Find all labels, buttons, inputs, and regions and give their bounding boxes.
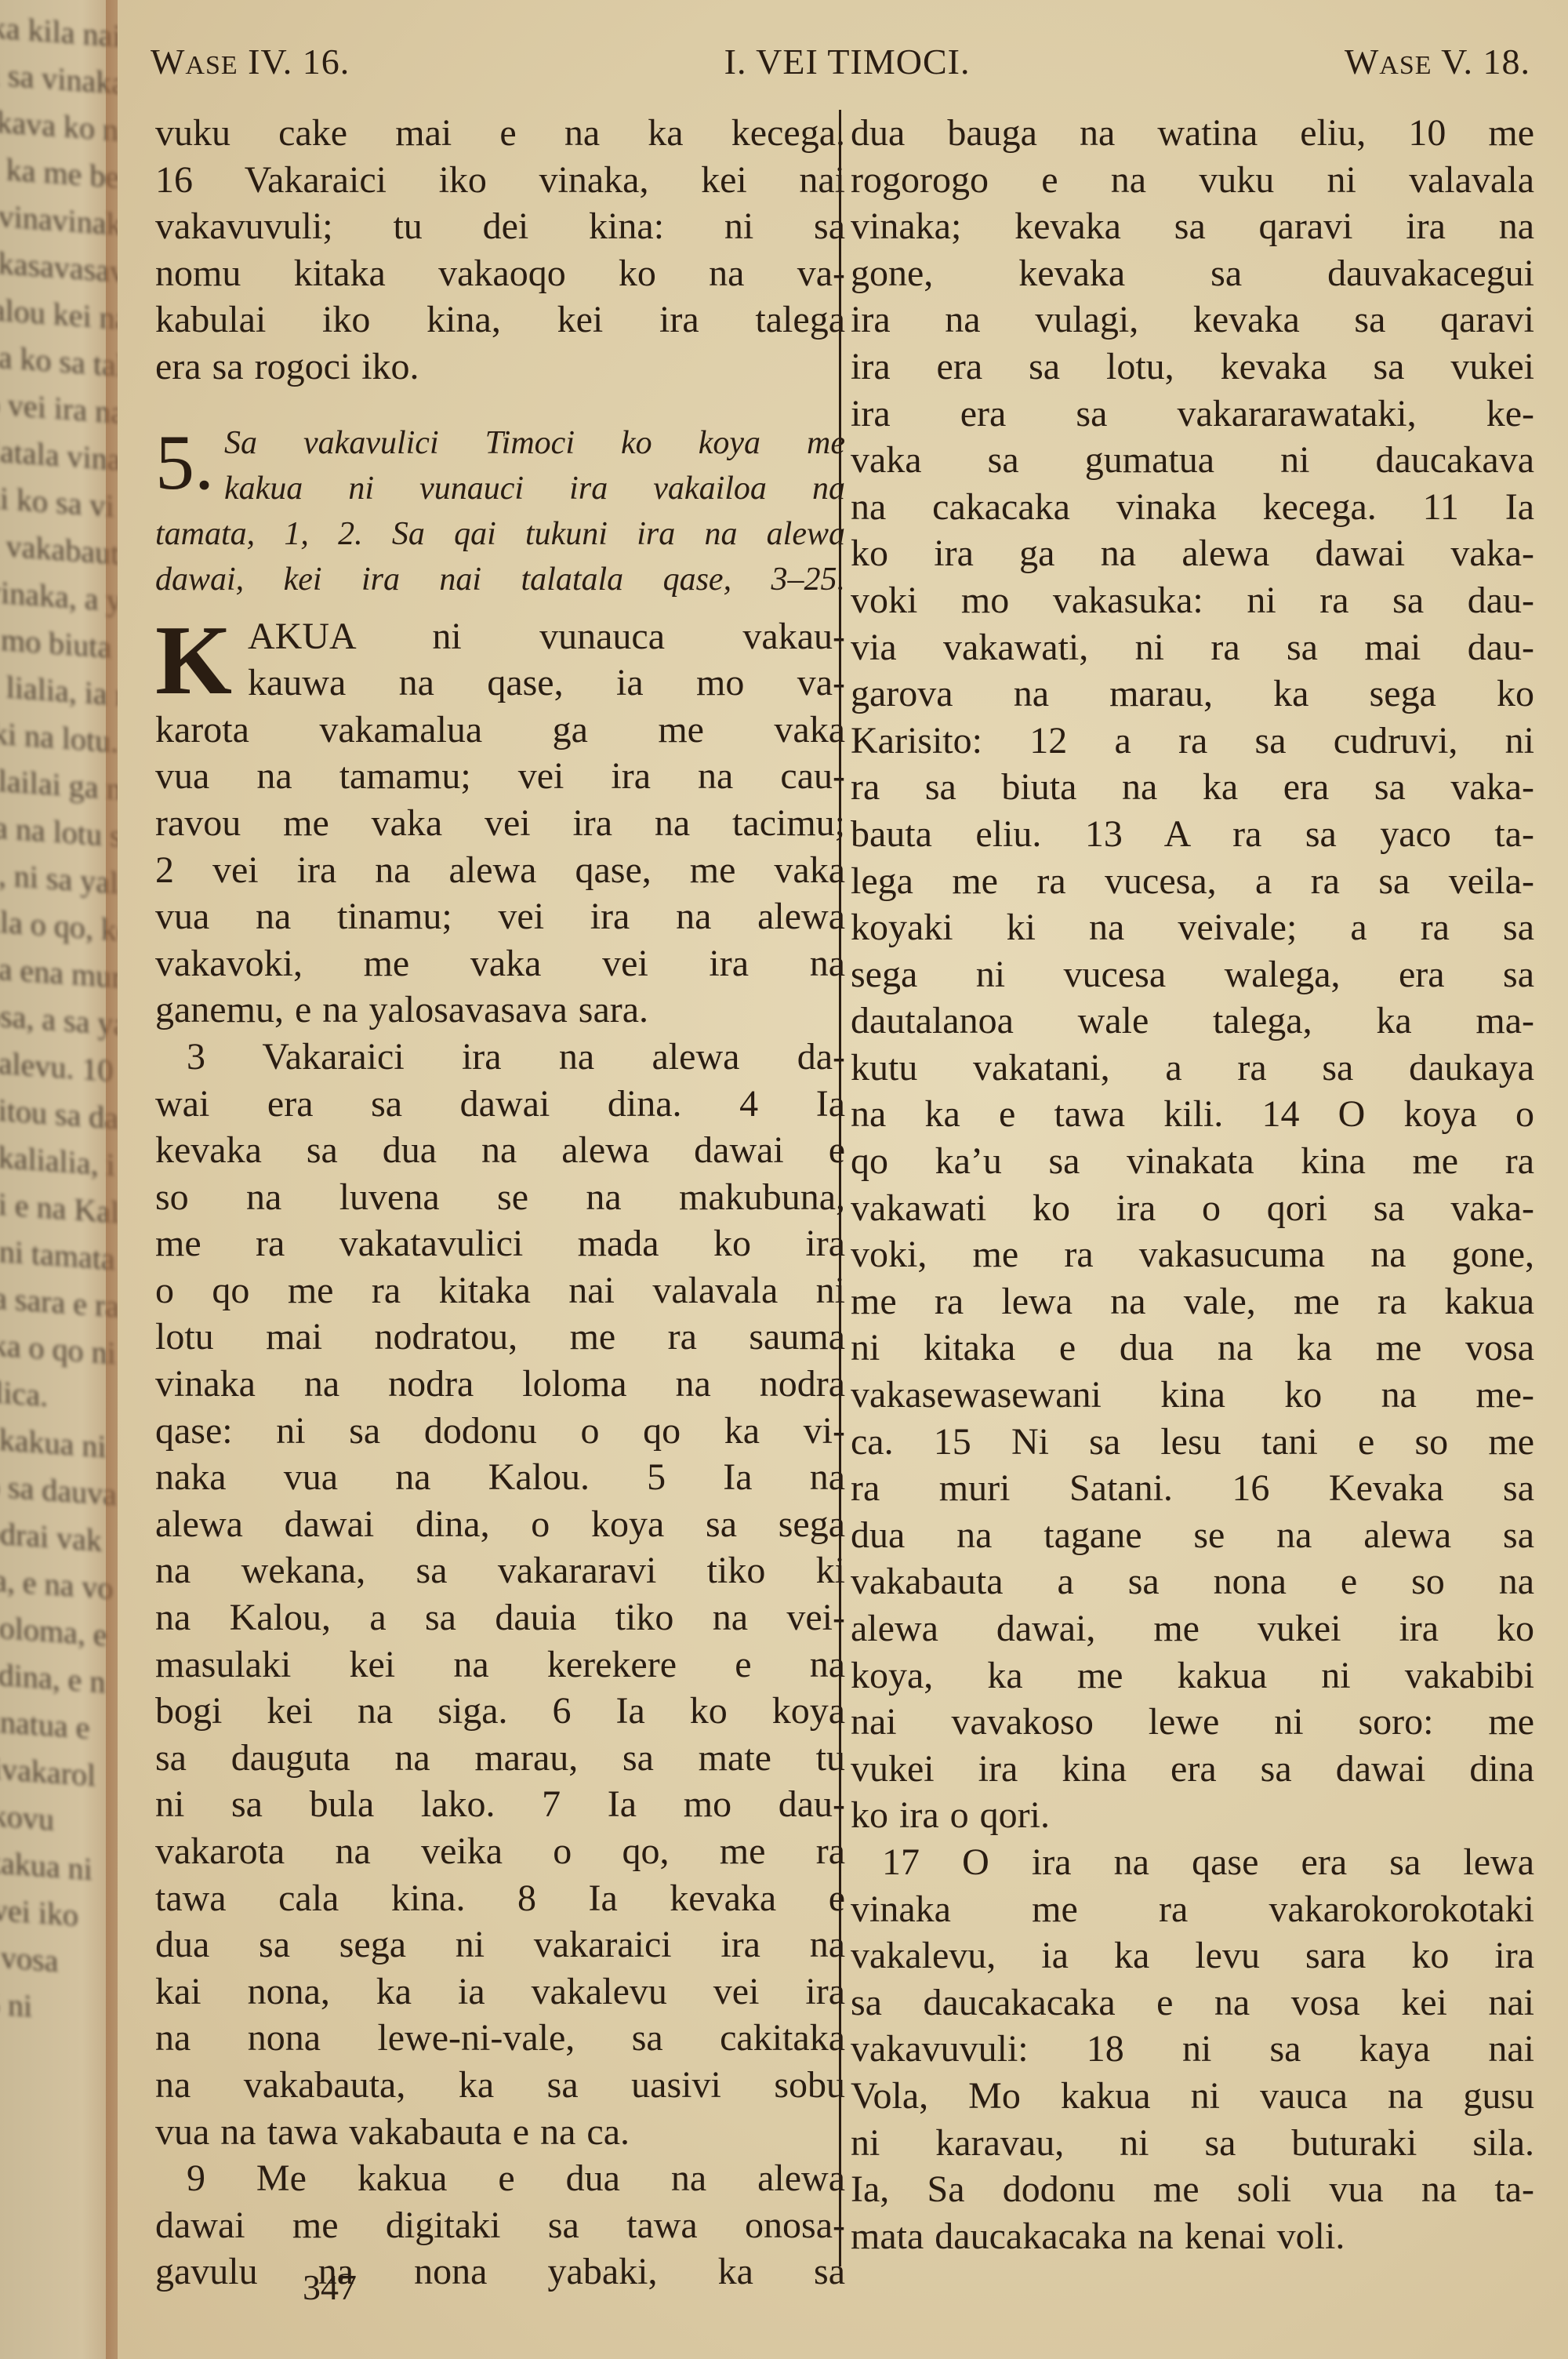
text-line: karota vakamalua ga me vaka [155, 707, 845, 754]
text-line: 9 Me kakua e dua na alewa [155, 2155, 845, 2202]
facing-page-line: vosa, a sa yaga [0, 990, 118, 1049]
running-head-left: WASE IV. 16. [151, 41, 350, 82]
text-line: rogorogo e na vuku ni valavala [851, 157, 1534, 204]
chapter4-ending: vuku cake mai e na ka kecega.16 Vakaraic… [155, 110, 845, 391]
text-line: na Kalou, a sa dauia tiko na vei- [155, 1594, 845, 1641]
text-line: koyaki ki na veivale; a ra sa [851, 904, 1534, 951]
text-line: ira na vulagi, kevaka sa qaravi [851, 296, 1534, 343]
facing-page-line: a ka kila nai vei [0, 2, 118, 60]
text-line: na vakabauta, ka sa uasivi sobu [155, 2062, 845, 2109]
text-line: bogi kei na siga. 6 Ia ko koya [155, 1688, 845, 1735]
text-line: masulaki kei na kerekere e na [155, 1641, 845, 1688]
text-line: Karisito: 12 a ra sa cudruvi, ni [851, 718, 1534, 765]
drop-cap-lines: AKUA ni vunauca vakau-kauwa na qase, ia … [155, 613, 845, 707]
text-line: ganemu, e na yalosavasava sara. [155, 987, 845, 1034]
facing-page-line: na vakabauta ki [0, 520, 118, 578]
text-line: ca. 15 Ni sa lesu tani e so me [851, 1419, 1534, 1466]
text-line: Vola, Mo kakua ni vauca na gusu [851, 2073, 1534, 2120]
facing-page-line: ka lialia, ia ne [0, 661, 118, 719]
facing-page-line: Kalou kei na ma [0, 285, 118, 343]
text-line: ko ira o qori. [851, 1792, 1534, 1839]
facing-page-line: ga, ni sa yalata [0, 849, 118, 907]
text-line: alewa dawai, me vukei ira ko [851, 1605, 1534, 1652]
running-head-right: WASE V. 18. [1345, 41, 1530, 82]
facing-page-line: la ni tamata [0, 1226, 118, 1284]
text-line: vaka sa gumatua ni daucakava [851, 437, 1534, 484]
facing-page-line: o vei iko [0, 1885, 118, 1943]
chapter-number: 5. [155, 423, 214, 502]
opening-line: AKUA ni vunauca vakau- [155, 613, 845, 660]
text-line: lega me ra vucesa, a ra sa veila- [851, 858, 1534, 905]
text-line: kai nona, ka ia vakalevu vei ira [155, 1968, 845, 2016]
text-line: qo ka’u sa vinakata kina me ra [851, 1138, 1534, 1185]
facing-page-line: 15 ni [0, 1979, 118, 2037]
text-line: voki mo vakasuka: ni ra sa dau- [851, 577, 1534, 624]
text-line: me ra vakatavulici mada ko ira [155, 1220, 845, 1267]
text-line: sa dauguta na marau, sa mate tu [155, 1735, 845, 1782]
facing-page-line: le kakua ni [0, 1414, 118, 1472]
text-line: ko ira ga na alewa dawai vaka- [851, 530, 1534, 577]
facing-page-line: ota, e na vo [0, 1555, 118, 1613]
text-line: na wekana, sa vakararavi tiko ki [155, 1547, 845, 1594]
text-line: alewa dawai dina, o koya sa sega [155, 1501, 845, 1548]
text-line: dawai me digitaki sa tawa onosa- [155, 2202, 845, 2249]
text-line: so na luvena se na makubuna, [155, 1174, 845, 1221]
chapter5-body-right: dua bauga na watina eliu, 10 merogorogo … [851, 110, 1534, 2259]
head-left-initial: W [151, 42, 185, 82]
text-line: bauta eliu. 13 A ra sa yaco ta- [851, 811, 1534, 858]
facing-page-line: aka ko sa tala [0, 332, 118, 390]
text-line: qase: ni sa dodonu o qo ka vi- [155, 1408, 845, 1455]
facing-page-line: i kakua ni [0, 1837, 118, 1896]
text-line: vakawati ko ira o qori sa vaka- [851, 1185, 1534, 1232]
head-right-initial: W [1345, 42, 1379, 82]
text-line: sa daucakacaka e na vosa kei nai [851, 1979, 1534, 2026]
text-line: vakabauta a sa nona e so na [851, 1558, 1534, 1605]
text-line: 2 vei ira na alewa qase, me vaka [155, 847, 845, 894]
text-line: garova na marau, ka sega ko [851, 671, 1534, 718]
facing-page-line: avi e na Kal [0, 1179, 118, 1237]
text-line: sega ni vucesa walega, era sa [851, 951, 1534, 998]
text-line: 17 O ira na qase era sa lewa [851, 1839, 1534, 1886]
facing-page-line: na ka me beci, k [0, 144, 118, 202]
text-line: vinaka; kevaka sa qaravi ira na [851, 203, 1534, 250]
facing-page-line: i vinaka, a ya k [0, 567, 118, 625]
facing-page-line: lakovu [0, 1790, 118, 1848]
facing-page-line: ra vosa [0, 1932, 118, 1990]
text-line: vukei ira kina era sa dawai dina [851, 1746, 1534, 1793]
text-line: era sa rogoci iko. [155, 343, 845, 391]
text-line: kevaka sa dua na alewa dawai e [155, 1127, 845, 1174]
text-line: vakavuvuli; tu dei kina: ni sa [155, 203, 845, 250]
facing-page-line: ko sa dauva [0, 1461, 118, 1519]
head-right-smallcaps: ASE [1379, 51, 1432, 80]
text-line: vakavoki, me vaka vei ira na [155, 940, 845, 987]
text-line: mata daucakacaka na kenai voli. [851, 2213, 1534, 2260]
text-line: vinaka me ra vakarokorokotaki [851, 1886, 1534, 1933]
text-line: lotu mai nodratou, me ra sauma [155, 1314, 845, 1361]
text-line: gone, kevaka sa dauvakacegui [851, 250, 1534, 297]
text-line: nai vavakoso lewe ni soro: me [851, 1699, 1534, 1746]
facing-page-line: qo vei ira na v [0, 379, 118, 437]
opening-line: kauwa na qase, ia mo va- [155, 660, 845, 707]
right-column: dua bauga na watina eliu, 10 merogorogo … [851, 110, 1534, 2259]
text-line: via vakawati, ni ra sa mai dau- [851, 624, 1534, 671]
text-line: Ia, Sa dodonu me soli vua na ta- [851, 2166, 1534, 2213]
text-line: vakalevu, ia ka levu sara ko ira [851, 1932, 1534, 1979]
text-line: ra sa biuta na ka era sa vaka- [851, 764, 1534, 811]
facing-page-line: bula o qo, kei [0, 896, 118, 954]
text-line: na ka e tawa kili. 14 O koya o [851, 1091, 1534, 1138]
chapter-summary-text: Sa vakavulici Timoci ko koya mekakua ni … [224, 420, 845, 602]
text-line: dautalanoa wale talega, ka ma- [851, 998, 1534, 1045]
facing-page-line: vakasavasavati [0, 238, 118, 296]
text-line: vakarota na veika o qo, me ra [155, 1828, 845, 1875]
head-left-smallcaps: ASE [185, 51, 238, 80]
summary-line: Sa vakavulici Timoci ko koya me [224, 420, 845, 466]
text-line: na cakacaka vinaka kecega. 11 Ia [851, 484, 1534, 531]
facing-page-line: . ni ko sa vi [0, 473, 118, 531]
head-right-reference: V. 18. [1432, 42, 1530, 82]
facing-page-line: cakava ko na l [0, 96, 118, 154]
text-line: vakasewasewani kina ko na me- [851, 1372, 1534, 1419]
text-line: vakavuvuli: 18 ni sa kaya nai [851, 2026, 1534, 2073]
summary-line: kakua ni vunauci ira vakailoa na [224, 466, 845, 511]
facing-page-line: Ia mo biuta sa [0, 614, 118, 672]
text-line: naka vua na Kalou. 5 Ia na [155, 1454, 845, 1501]
text-line: vuku cake mai e na ka kecega. [155, 110, 845, 157]
text-line: gavulu na nona yabaki, ka sa [155, 2248, 845, 2295]
book-page: WASE IV. 16. I. VEI TIMOCI. WASE V. 18. … [118, 0, 1568, 2359]
chapter5-body-left: karota vakamalua ga me vakavua na tamamu… [155, 707, 845, 2295]
facing-page-text: a ka kila nai veiNi sa vinaka ucakava ko… [0, 2, 118, 2037]
running-head-title: I. VEI TIMOCI. [724, 41, 971, 82]
text-line: me ra lewa na vale, me ra kakua [851, 1278, 1534, 1325]
facing-page-line: keitou sa da [0, 1085, 118, 1143]
text-line: koya, ka me kakua ni vakabibi [851, 1652, 1534, 1699]
text-line: ra muri Satani. 16 Kevaka sa [851, 1465, 1534, 1512]
facing-page-line: ina sara e ra s [0, 1273, 118, 1331]
chapter5-opening: K AKUA ni vunauca vakau-kauwa na qase, i… [155, 613, 845, 707]
column-rule [839, 110, 841, 2266]
facing-page-line: Ni sa vinaka u [0, 49, 118, 107]
text-line: nomu kitaka vakaoqo ko na va- [155, 250, 845, 297]
facing-page-line: nodrai vak [0, 1508, 118, 1566]
facing-page-line: nadina, e n [0, 1649, 118, 1707]
text-line: vinaka na nodra loloma na nodra [155, 1361, 845, 1408]
text-line: vua na tawa vakabauta e na ca. [155, 2109, 845, 2156]
text-line: voki, me ra vakasucuma na gone, [851, 1231, 1534, 1278]
facing-page-line: : ia na lotu sa [0, 802, 118, 860]
text-line: dua na tagane se na alewa sa [851, 1512, 1534, 1559]
text-line: ni kitaka e dua na ka me vosa [851, 1325, 1534, 1372]
text-line: vua na tinamu; vei ira na alewa [155, 893, 845, 940]
text-line: kutu vakatani, a ra sa daukaya [851, 1045, 1534, 1092]
facing-page-line: reivakarol [0, 1743, 118, 1801]
chapter-summary: 5. Sa vakavulici Timoci ko koya mekakua … [155, 420, 845, 602]
facing-page-line: akalevu. 10 Ki [0, 1038, 118, 1096]
text-line: kabulai iko kina, kei ira talega [155, 296, 845, 343]
text-line: na nona lewe-ni-vale, sa cakitaka [155, 2015, 845, 2062]
facing-page: a ka kila nai veiNi sa vinaka ucakava ko… [0, 0, 118, 2359]
head-left-reference: IV. 16. [238, 42, 350, 82]
facing-page-line: talatala vinaka [0, 426, 118, 484]
text-line: 3 Vakaraici ira na alewa da- [155, 1034, 845, 1081]
facing-page-line: ega ena muri ni [0, 943, 118, 1001]
text-line: ravou me vaka vei ira na tacimu; [155, 800, 845, 847]
facing-page-line: eika o qo ni [0, 1320, 118, 1378]
text-line: 16 Vakaraici iko vinaka, kei nai [155, 157, 845, 204]
text-line: tawa cala kina. 8 Ia kevaka e [155, 1875, 845, 1922]
facing-page-line: kalailai ga na e [0, 755, 118, 813]
text-line: vua na tamamu; vei ira na cau- [155, 753, 845, 800]
text-line: dua sa sega ni vakaraici ira na [155, 1921, 845, 1968]
text-line: ira era sa vakararawataki, ke- [851, 391, 1534, 438]
facing-page-line: vakalialia, i [0, 1132, 118, 1190]
page-number: 347 [303, 2266, 357, 2308]
drop-cap: K [155, 618, 232, 704]
summary-line: dawai, kei ira nai talatala qase, 3–25. [155, 557, 845, 602]
text-line: ni karavau, ni sa buturaki sila. [851, 2120, 1534, 2167]
left-column: vuku cake mai e na ka kecega.16 Vakaraic… [155, 110, 845, 2295]
facing-page-line: kavinavinaka ni [0, 191, 118, 249]
facing-page-line: a loloma, e [0, 1602, 118, 1660]
summary-line: tamata, 1, 2. Sa qai tukuni ira na alewa [155, 511, 845, 557]
text-line: dua bauga na watina eliu, 10 me [851, 110, 1534, 157]
facing-page-line: o ki na lotu. [0, 708, 118, 766]
running-head: WASE IV. 16. I. VEI TIMOCI. WASE V. 18. [151, 41, 1530, 88]
text-line: ira era sa lotu, kevaka sa vukei [851, 343, 1534, 391]
text-line: wai era sa dawai dina. 4 Ia [155, 1081, 845, 1128]
text-line: o qo me ra kitaka nai valavala ni [155, 1267, 845, 1314]
text-line: ni sa bula lako. 7 Ia mo dau- [155, 1781, 845, 1828]
